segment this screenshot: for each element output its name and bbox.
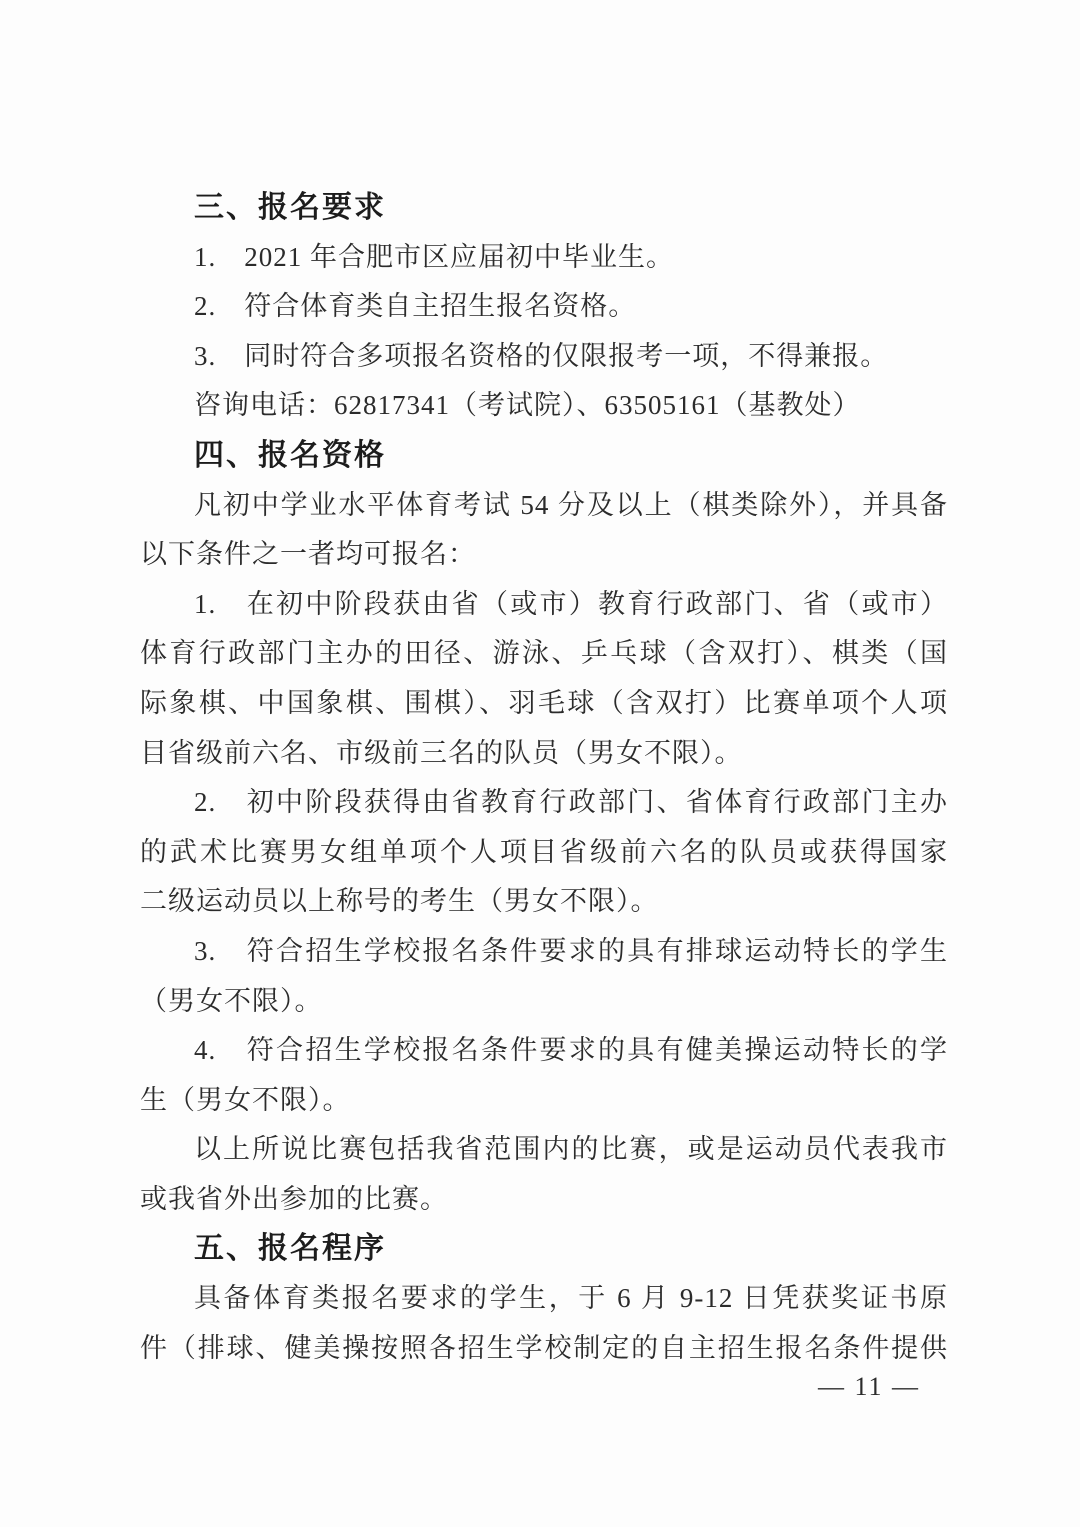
doc-line-item-2: 2. 符合体育类自主招生报名资格。 <box>140 282 948 332</box>
document-page: 三、报名要求 1. 2021 年合肥市区应届初中毕业生。 2. 符合体育类自主招… <box>0 0 1080 1527</box>
doc-line: 际象棋、中国象棋、围棋）、羽毛球（含双打）比赛单项个人项 <box>140 679 948 729</box>
doc-line: 二级运动员以上称号的考生（男女不限）。 <box>140 877 948 927</box>
doc-line: 生（男女不限）。 <box>140 1076 948 1126</box>
doc-line: 以下条件之一者均可报名： <box>140 530 948 580</box>
doc-line: 的武术比赛男女组单项个人项目省级前六名的队员或获得国家 <box>140 828 948 878</box>
doc-line-item-4: 4. 符合招生学校报名条件要求的具有健美操运动特长的学 <box>140 1026 948 1076</box>
doc-line: 目省级前六名、市级前三名的队员（男女不限）。 <box>140 729 948 779</box>
section-3-heading: 三、报名要求 <box>140 183 948 233</box>
page-number: — 11 — <box>818 1367 920 1407</box>
doc-line: 或我省外出参加的比赛。 <box>140 1175 948 1225</box>
doc-line-item-2: 2. 初中阶段获得由省教育行政部门、省体育行政部门主办 <box>140 778 948 828</box>
section-5-heading: 五、报名程序 <box>140 1224 948 1274</box>
doc-line: （男女不限）。 <box>140 977 948 1027</box>
doc-line: 体育行政部门主办的田径、游泳、乒乓球（含双打）、棋类（国 <box>140 629 948 679</box>
doc-line-phone: 咨询电话：62817341（考试院）、63505161（基教处） <box>140 381 948 431</box>
doc-line-item-1: 1. 2021 年合肥市区应届初中毕业生。 <box>140 233 948 283</box>
doc-line: 凡初中学业水平体育考试 54 分及以上（棋类除外），并具备 <box>140 481 948 531</box>
document-body: 三、报名要求 1. 2021 年合肥市区应届初中毕业生。 2. 符合体育类自主招… <box>140 183 948 1373</box>
doc-line-item-3: 3. 符合招生学校报名条件要求的具有排球运动特长的学生 <box>140 927 948 977</box>
doc-line-item-3: 3. 同时符合多项报名资格的仅限报考一项，不得兼报。 <box>140 332 948 382</box>
doc-line: 件（排球、健美操按照各招生学校制定的自主招生报名条件提供 <box>140 1324 948 1374</box>
doc-line: 具备体育类报名要求的学生，于 6 月 9-12 日凭获奖证书原 <box>140 1274 948 1324</box>
doc-line: 以上所说比赛包括我省范围内的比赛，或是运动员代表我市 <box>140 1125 948 1175</box>
section-4-heading: 四、报名资格 <box>140 431 948 481</box>
doc-line-item-1: 1. 在初中阶段获由省（或市）教育行政部门、省（或市） <box>140 580 948 630</box>
